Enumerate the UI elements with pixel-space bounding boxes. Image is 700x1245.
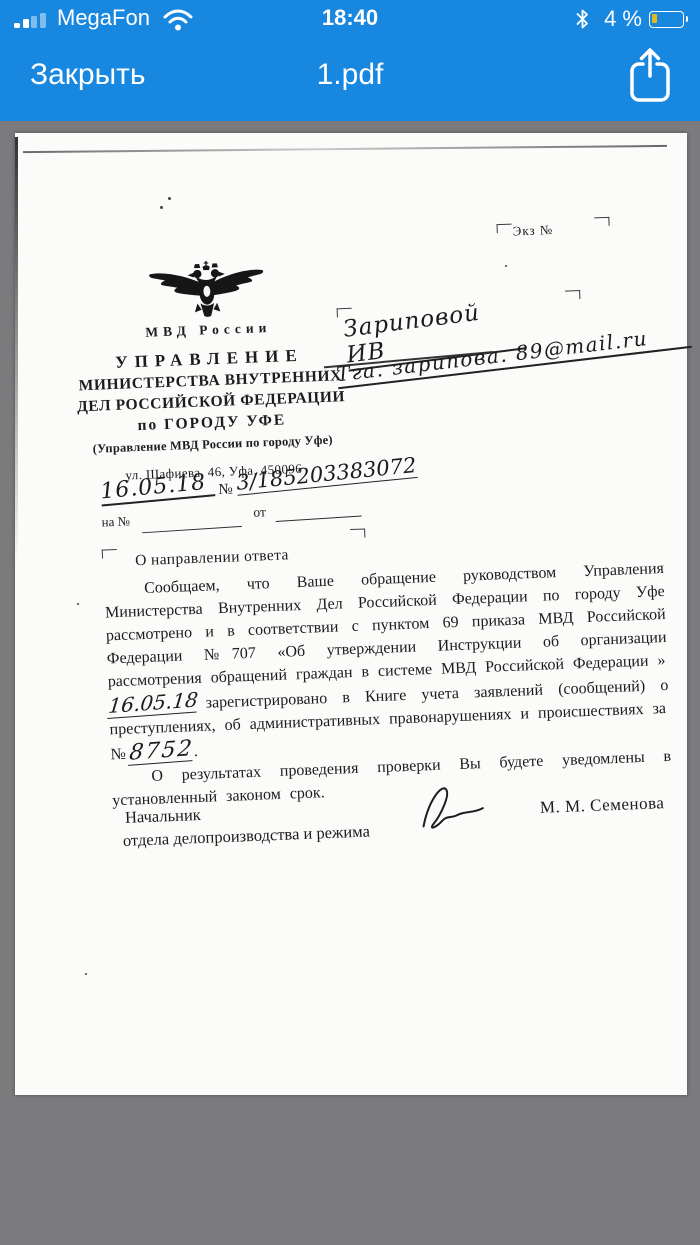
corner-mark bbox=[350, 528, 365, 538]
letter-content: Экз № bbox=[0, 120, 700, 1107]
top-chrome: MegaFon 18:40 4 % Закрыть 1.pdf bbox=[0, 0, 700, 121]
bluetooth-icon bbox=[575, 8, 590, 30]
phone-screen: MegaFon 18:40 4 % Закрыть 1.pdf bbox=[0, 0, 700, 1245]
battery-icon bbox=[649, 11, 684, 28]
number-sign-label: № bbox=[218, 481, 233, 499]
signer-post-line1: Начальник bbox=[125, 805, 201, 828]
blank-underline bbox=[276, 514, 362, 522]
letter-subject: О направлении ответа bbox=[135, 546, 289, 570]
reference-date-label: от bbox=[253, 504, 266, 520]
letterhead: МВД России УПРАВЛЕНИЕ МИНИСТЕРСТВА ВНУТР… bbox=[56, 255, 364, 486]
corner-mark bbox=[496, 224, 511, 234]
battery-percentage: 4 % bbox=[604, 6, 642, 32]
body-paragraph-1: Сообщаем, что Ваше обращение руководство… bbox=[104, 557, 668, 693]
mvd-double-eagle-emblem-icon bbox=[147, 258, 267, 320]
letter-body: Сообщаем, что Ваше обращение руководство… bbox=[104, 557, 673, 812]
emblem-caption: МВД России bbox=[58, 317, 358, 345]
case-number-period: . bbox=[193, 743, 198, 760]
pdf-viewport[interactable]: Экз № bbox=[0, 121, 700, 1245]
document-page: Экз № bbox=[15, 133, 687, 1095]
case-number-label: № bbox=[110, 746, 126, 764]
handwritten-registered-date: 16.05.18 bbox=[107, 688, 199, 719]
document-title: 1.pdf bbox=[0, 58, 700, 92]
handwritten-case-number: 8752 bbox=[128, 737, 195, 766]
handwritten-signature-icon bbox=[412, 778, 492, 837]
blank-underline bbox=[142, 525, 242, 533]
corner-mark bbox=[594, 217, 609, 227]
exemplar-label: Экз № bbox=[512, 222, 553, 240]
corner-mark bbox=[102, 549, 117, 559]
status-time: 18:40 bbox=[0, 5, 700, 31]
signer-name: М. М. Семенова bbox=[540, 793, 665, 818]
reference-number-label: на № bbox=[101, 513, 130, 530]
corner-mark bbox=[565, 290, 580, 300]
share-button share-icon[interactable] bbox=[626, 46, 674, 108]
